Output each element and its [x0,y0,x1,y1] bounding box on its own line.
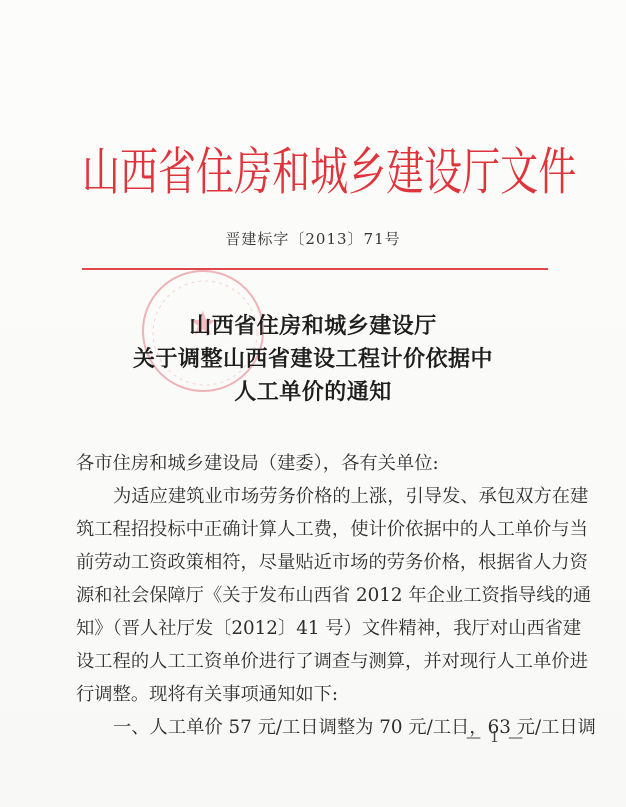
header-char: 山 [82,145,120,199]
header-char: 件 [538,145,576,199]
body-line: 为适应建筑业市场劳务价格的上涨，引导发、承包双方在建 [76,480,546,513]
header-char: 建 [386,145,424,199]
body-line: 知》（晋人社厅发〔2012〕41 号）文件精神，我厅对山西省建 [76,612,546,645]
body-line: 筑工程招投标中正确计算人工费，使计价依据中的人工单价与当 [76,513,546,546]
header-char: 乡 [348,145,386,199]
title-line-2: 关于调整山西省建设工程计价依据中 [0,343,626,376]
page-number: — 1 — [466,728,525,746]
notice-body: 各市住房和城乡建设局（建委），各有关单位: 为适应建筑业市场劳务价格的上涨，引导… [76,447,546,744]
body-line: 前劳动工资政策相符，尽量贴近市场的劳务价格，根据省人力资 [76,546,546,579]
header-char: 城 [310,145,348,199]
header-char: 厅 [462,145,500,199]
header-char: 文 [500,145,538,199]
header-char: 设 [424,145,462,199]
header-char: 西 [120,145,158,199]
salutation: 各市住房和城乡建设局（建委），各有关单位: [76,447,546,480]
title-line-1: 山西省住房和城乡建设厅 [0,310,626,343]
notice-title: 山西省住房和城乡建设厅 关于调整山西省建设工程计价依据中 人工单价的通知 [0,310,626,409]
body-line: 设工程的人工工资单价进行了调查与测算，并对现行人工单价进 [76,645,546,678]
header-char: 住 [196,145,234,199]
body-line: 行调整。现将有关事项通知如下: [76,678,546,711]
document-page: 山 西 省 住 房 和 城 乡 建 设 厅 文 件 晋建标字〔2013〕71号 … [0,0,626,807]
red-divider-line [82,268,548,270]
issuer-red-header: 山 西 省 住 房 和 城 乡 建 设 厅 文 件 [82,141,548,199]
header-char: 房 [234,145,272,199]
body-line: 源和社会保障厅《关于发布山西省 2012 年企业工资指导线的通 [76,579,546,612]
title-line-3: 人工单价的通知 [0,376,626,409]
document-number: 晋建标字〔2013〕71号 [0,228,626,249]
header-char: 省 [158,145,196,199]
header-char: 和 [272,145,310,199]
